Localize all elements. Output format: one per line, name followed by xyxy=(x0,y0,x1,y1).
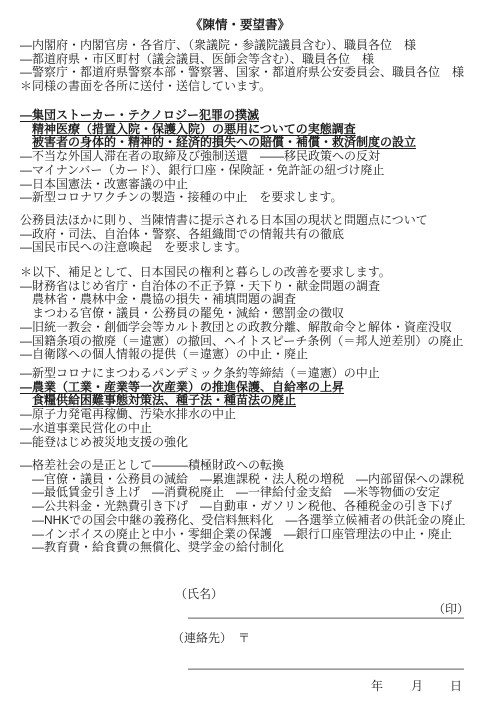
name-field-label: （氏名） xyxy=(175,585,223,602)
demand-line: —公共料金・光熱費引き下げ —自動車・ガソリン税他、各種税金の引き下げ xyxy=(32,500,465,514)
main-demands-block: —集団ストーカー・テクノロジー犯罪の撲滅 精神医療（措置入院・保護入院）の悪用に… xyxy=(20,109,416,205)
demand-line: —原子力発電再稼働、汚染水排水の中止 xyxy=(20,408,380,422)
distribution-note: ＊同様の書面を各所に送付・送信しています。 xyxy=(20,80,464,94)
petition-document: 《陳情・要望書》 —内閣府・内閣官房・各省庁、（衆議院・参議院議員含む）、職員各… xyxy=(0,0,480,702)
date-month-label: 月 xyxy=(411,677,423,694)
demand-line: —能登はじめ被災地支援の強化 xyxy=(20,436,380,450)
document-title: 《陳情・要望書》 xyxy=(0,15,480,33)
contact-field-label: （連絡先） 〒 xyxy=(172,629,250,646)
name-signature-line: ——————————————————————— xyxy=(188,610,464,624)
date-day-label: 日 xyxy=(450,677,462,694)
section-heading: —格差社会の是正として———積極財政への転換 xyxy=(20,459,465,473)
date-year-label: 年 xyxy=(371,677,383,694)
demand-line: —新型コロナにまつわるパンデミック条約等締結（＝違憲）の中止 xyxy=(20,367,380,381)
demand-line: —水道事業民営化の中止 xyxy=(20,422,380,436)
civil-servant-block: 公務員法ほかに則り、当陳情書に提示される日本国の現状と問題点について —政府・司… xyxy=(20,214,428,255)
demand-line: —新型コロナワクチンの製造・接種の中止 を要求します。 xyxy=(20,191,416,205)
demand-emphasized-line: —集団ストーカー・テクノロジー犯罪の撲滅 xyxy=(20,109,416,123)
section-intro: ＊以下、補足として、日本国民の権利と暮らしの改善を要求します。 xyxy=(20,266,463,280)
demand-line: —NHKでの国会中継の義務化、受信料無料化 —各選挙立候補者の供託金の廃止 xyxy=(32,514,465,528)
demand-line: —教育費・給食費の無償化、奨学金の給付制化 xyxy=(32,541,465,555)
policy-block: —新型コロナにまつわるパンデミック条約等締結（＝違憲）の中止 —農業（工業・産業… xyxy=(20,367,380,449)
demand-line: —自衛隊への個人情報の提供（＝違憲）の中止・廃止 xyxy=(20,348,463,362)
demand-line: —旧統一教会・創価学会等カルト教団との政教分離、解散命令と解体・資産没収 xyxy=(20,321,463,335)
section-intro: 公務員法ほかに則り、当陳情書に提示される日本国の現状と問題点について xyxy=(20,214,428,228)
economy-block: —格差社会の是正として———積極財政への転換 —官僚・議員・公務員の減給 —累進… xyxy=(20,459,465,555)
demand-line: —マイナンバー（カード）、銀行口座・保険証・免許証の紐づけ廃止 xyxy=(20,164,416,178)
supplement-block: ＊以下、補足として、日本国民の権利と暮らしの改善を要求します。 —財務省はじめ省… xyxy=(20,266,463,362)
demand-line: —不当な外国人滞在者の取締及び強制送還 ——移民政策への反対 xyxy=(20,150,416,164)
recipient-line: —内閣府・内閣官房・各省庁、（衆議院・参議院議員含む）、職員各位 様 xyxy=(20,39,464,53)
contact-signature-line: ——————————————————————— xyxy=(188,661,464,675)
demand-line: —国民市民への注意喚起 を要求します。 xyxy=(20,241,428,255)
demand-line: まつわる官僚・議員・公務員の罷免・減給・懲罰金の徴収 xyxy=(32,307,463,321)
recipients-block: —内閣府・内閣官房・各省庁、（衆議院・参議院議員含む）、職員各位 様 —都道府県… xyxy=(20,39,464,94)
